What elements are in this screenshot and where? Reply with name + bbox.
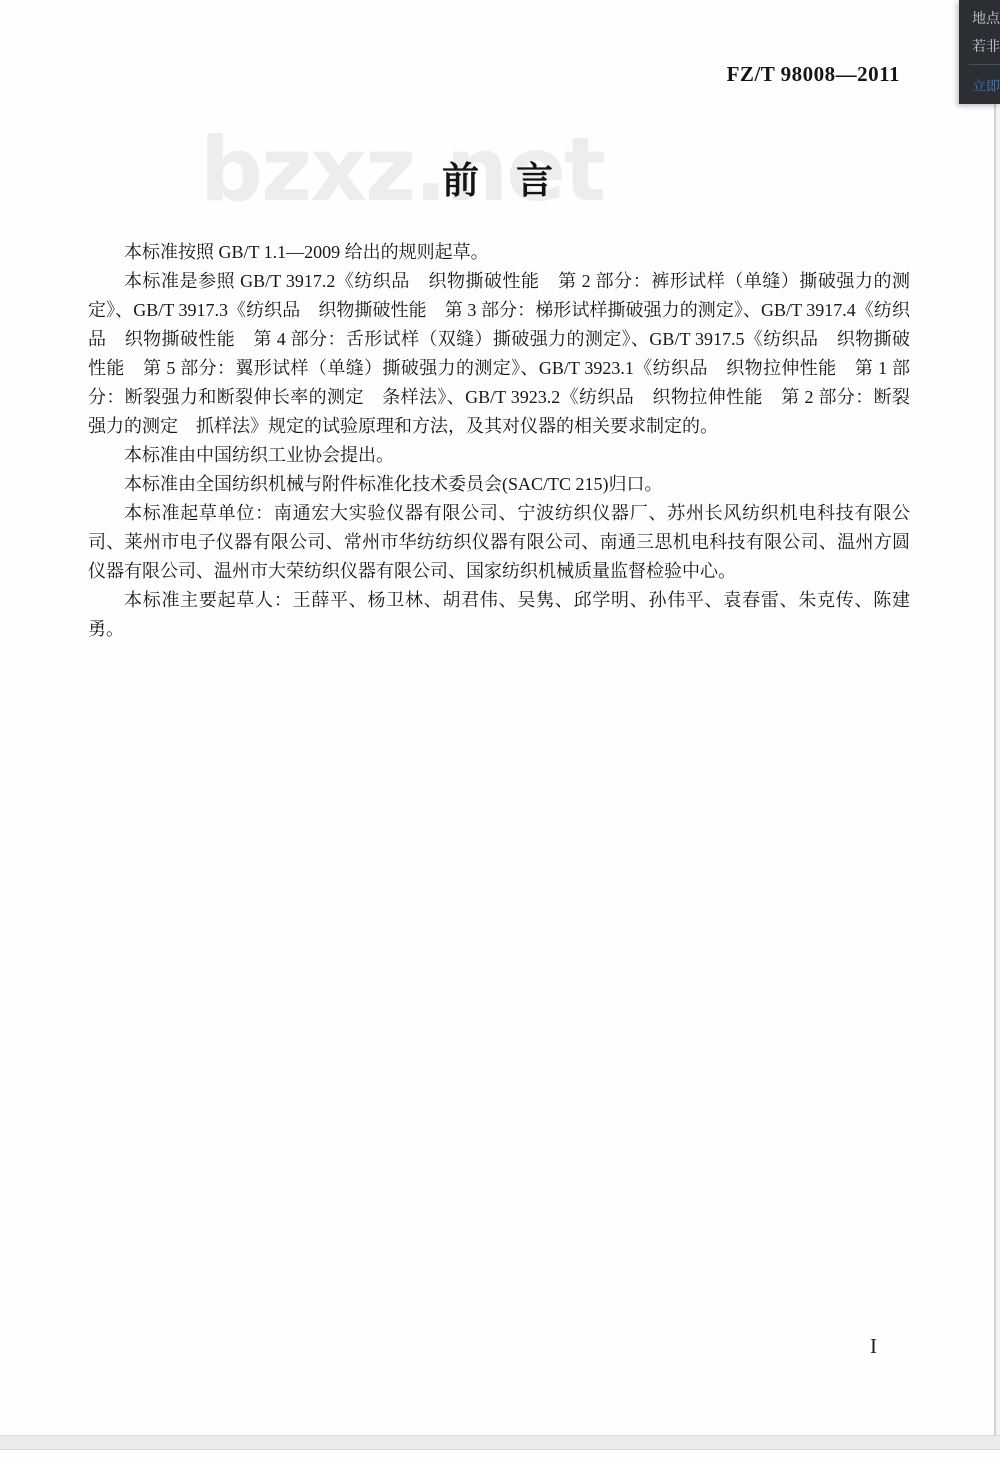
paragraph-drafters: 本标准主要起草人：王薛平、杨卫林、胡君伟、吴隽、邱学明、孙伟平、袁春雷、朱克传、… xyxy=(88,586,910,644)
paragraph-references: 本标准是参照 GB/T 3917.2《纺织品 织物撕破性能 第 2 部分：裤形试… xyxy=(88,267,910,441)
next-page-edge xyxy=(0,1435,1000,1450)
page-edge-strip xyxy=(996,0,1000,1449)
overlay-divider xyxy=(969,64,1000,65)
overlay-action-link[interactable]: 立即 xyxy=(972,76,1000,96)
paragraph-centralized-by: 本标准由全国纺织机械与附件标准化技术委员会(SAC/TC 215)归口。 xyxy=(88,470,910,499)
document-body: 本标准按照 GB/T 1.1—2009 给出的规则起草。 本标准是参照 GB/T… xyxy=(88,238,910,644)
paragraph-drafting-organizations: 本标准起草单位：南通宏大实验仪器有限公司、宁波纺织仪器厂、苏州长风纺织机电科技有… xyxy=(88,499,910,586)
overlay-text-note: 若非 xyxy=(972,36,1000,56)
overlay-panel: 地点 若非 立即 xyxy=(959,0,1000,104)
overlay-text-location: 地点 xyxy=(972,8,1000,28)
standard-number: FZ/T 98008—2011 xyxy=(727,62,900,87)
paragraph-scope: 本标准按照 GB/T 1.1—2009 给出的规则起草。 xyxy=(88,238,910,267)
page-number: I xyxy=(870,1334,877,1359)
page-title: 前 言 xyxy=(0,150,995,204)
document-page: bzxz.net FZ/T 98008—2011 前 言 本标准按照 GB/T … xyxy=(0,0,995,1463)
paragraph-proposed-by: 本标准由中国纺织工业协会提出。 xyxy=(88,441,910,470)
